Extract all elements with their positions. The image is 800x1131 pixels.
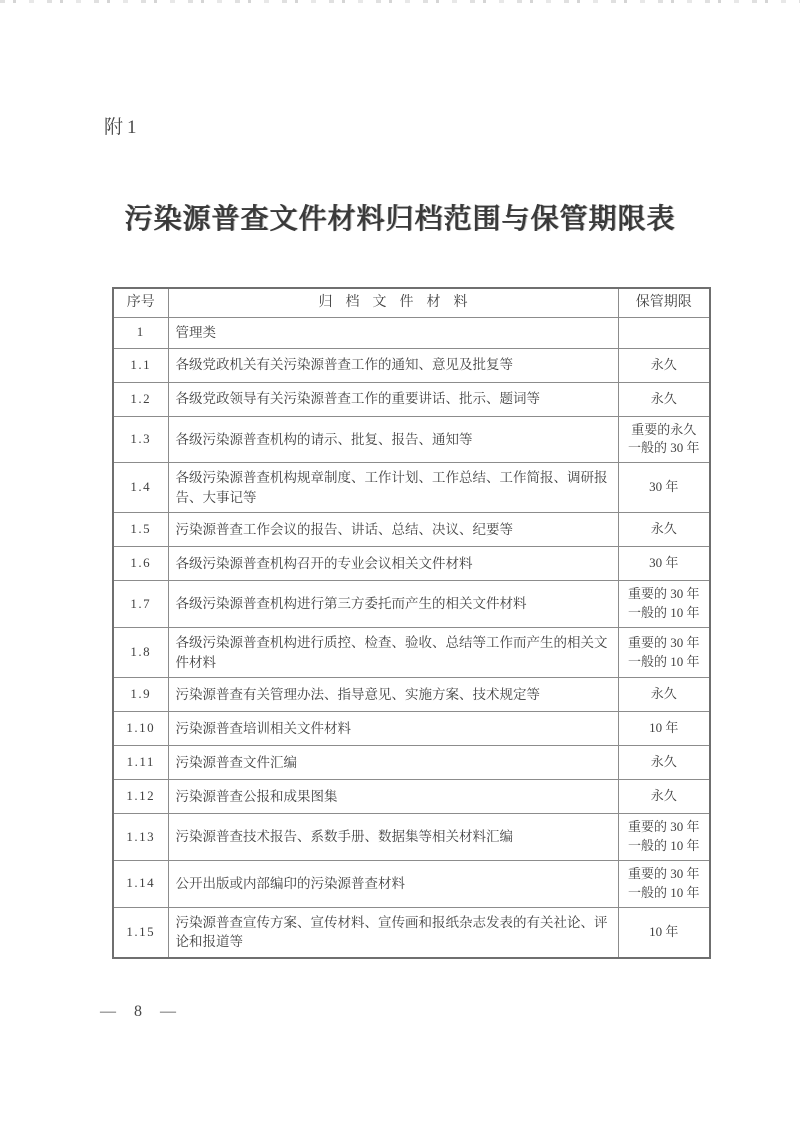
table-row: 1.6 各级污染源普查机构召开的专业会议相关文件材料 30 年 [113, 547, 710, 581]
row-index: 1.3 [113, 416, 168, 463]
row-retention: 永久 [618, 678, 710, 712]
row-material: 污染源普查工作会议的报告、讲话、总结、决议、纪要等 [168, 513, 618, 547]
table-row: 1.13 污染源普查技术报告、系数手册、数据集等相关材料汇编 重要的 30 年 … [113, 814, 710, 861]
table-row: 1.3 各级污染源普查机构的请示、批复、报告、通知等 重要的永久 一般的 30 … [113, 416, 710, 463]
row-index: 1.5 [113, 513, 168, 547]
row-material: 污染源普查宣传方案、宣传材料、宣传画和报纸杂志发表的有关社论、评论和报道等 [168, 907, 618, 958]
table-row: 1.12 污染源普查公报和成果图集 永久 [113, 780, 710, 814]
row-material: 各级党政领导有关污染源普查工作的重要讲话、批示、题词等 [168, 382, 618, 416]
table-row: 1.8 各级污染源普查机构进行质控、检查、验收、总结等工作而产生的相关文件材料 … [113, 628, 710, 678]
row-retention: 重要的永久 一般的 30 年 [618, 416, 710, 463]
table-row: 1.4 各级污染源普查机构规章制度、工作计划、工作总结、工作简报、调研报告、大事… [113, 463, 710, 513]
table-header-row: 序号 归档文件材料 保管期限 [113, 288, 710, 317]
row-retention: 重要的 30 年 一般的 10 年 [618, 628, 710, 678]
row-retention: 永久 [618, 513, 710, 547]
row-index: 1.1 [113, 348, 168, 382]
table-row: 1.11 污染源普查文件汇编 永久 [113, 746, 710, 780]
row-material: 污染源普查文件汇编 [168, 746, 618, 780]
row-material: 各级污染源普查机构进行第三方委托而产生的相关文件材料 [168, 581, 618, 628]
row-index: 1.14 [113, 860, 168, 907]
row-index: 1.15 [113, 907, 168, 958]
table-row: 1.14 公开出版或内部编印的污染源普查材料 重要的 30 年 一般的 10 年 [113, 860, 710, 907]
row-index: 1.7 [113, 581, 168, 628]
attachment-label: 附1 [104, 112, 141, 139]
row-retention: 永久 [618, 780, 710, 814]
row-retention: 永久 [618, 746, 710, 780]
scan-noise-artifact [0, 0, 800, 3]
table-row: 1.10 污染源普查培训相关文件材料 10 年 [113, 712, 710, 746]
column-header-material: 归档文件材料 [168, 288, 618, 317]
column-header-index: 序号 [113, 288, 168, 317]
table-row: 1.7 各级污染源普查机构进行第三方委托而产生的相关文件材料 重要的 30 年 … [113, 581, 710, 628]
row-material: 各级污染源普查机构规章制度、工作计划、工作总结、工作简报、调研报告、大事记等 [168, 463, 618, 513]
row-retention [618, 317, 710, 348]
table-body: 1 管理类 1.1 各级党政机关有关污染源普查工作的通知、意见及批复等 永久 1… [113, 317, 710, 958]
row-retention: 永久 [618, 382, 710, 416]
page-title: 污染源普查文件材料归档范围与保管期限表 [0, 197, 800, 237]
row-material: 公开出版或内部编印的污染源普查材料 [168, 860, 618, 907]
row-material: 各级污染源普查机构的请示、批复、报告、通知等 [168, 416, 618, 463]
row-index: 1.8 [113, 628, 168, 678]
archive-table-container: 序号 归档文件材料 保管期限 1 管理类 1.1 各级党政机关有关污染源普查工作… [112, 287, 709, 959]
row-material: 污染源普查培训相关文件材料 [168, 712, 618, 746]
row-retention: 10 年 [618, 907, 710, 958]
row-material: 各级污染源普查机构进行质控、检查、验收、总结等工作而产生的相关文件材料 [168, 628, 618, 678]
row-material: 污染源普查有关管理办法、指导意见、实施方案、技术规定等 [168, 678, 618, 712]
table-row: 1.5 污染源普查工作会议的报告、讲话、总结、决议、纪要等 永久 [113, 513, 710, 547]
row-retention: 重要的 30 年 一般的 10 年 [618, 814, 710, 861]
table-row: 1.1 各级党政机关有关污染源普查工作的通知、意见及批复等 永久 [113, 348, 710, 382]
row-material: 污染源普查技术报告、系数手册、数据集等相关材料汇编 [168, 814, 618, 861]
row-retention: 30 年 [618, 463, 710, 513]
table-row: 1.9 污染源普查有关管理办法、指导意见、实施方案、技术规定等 永久 [113, 678, 710, 712]
row-material: 各级污染源普查机构召开的专业会议相关文件材料 [168, 547, 618, 581]
row-material: 管理类 [168, 317, 618, 348]
row-material: 污染源普查公报和成果图集 [168, 780, 618, 814]
row-retention: 10 年 [618, 712, 710, 746]
row-index: 1.13 [113, 814, 168, 861]
row-retention: 永久 [618, 348, 710, 382]
page-number: — 8 — [100, 1003, 183, 1021]
row-index: 1.2 [113, 382, 168, 416]
row-retention: 重要的 30 年 一般的 10 年 [618, 860, 710, 907]
row-retention: 重要的 30 年 一般的 10 年 [618, 581, 710, 628]
row-index: 1.11 [113, 746, 168, 780]
row-index: 1.4 [113, 463, 168, 513]
column-header-retention: 保管期限 [618, 288, 710, 317]
row-index: 1.12 [113, 780, 168, 814]
table-row: 1 管理类 [113, 317, 710, 348]
archive-table: 序号 归档文件材料 保管期限 1 管理类 1.1 各级党政机关有关污染源普查工作… [112, 287, 711, 959]
row-index: 1.10 [113, 712, 168, 746]
row-index: 1.6 [113, 547, 168, 581]
table-row: 1.15 污染源普查宣传方案、宣传材料、宣传画和报纸杂志发表的有关社论、评论和报… [113, 907, 710, 958]
row-retention: 30 年 [618, 547, 710, 581]
row-material: 各级党政机关有关污染源普查工作的通知、意见及批复等 [168, 348, 618, 382]
table-row: 1.2 各级党政领导有关污染源普查工作的重要讲话、批示、题词等 永久 [113, 382, 710, 416]
row-index: 1.9 [113, 678, 168, 712]
row-index: 1 [113, 317, 168, 348]
